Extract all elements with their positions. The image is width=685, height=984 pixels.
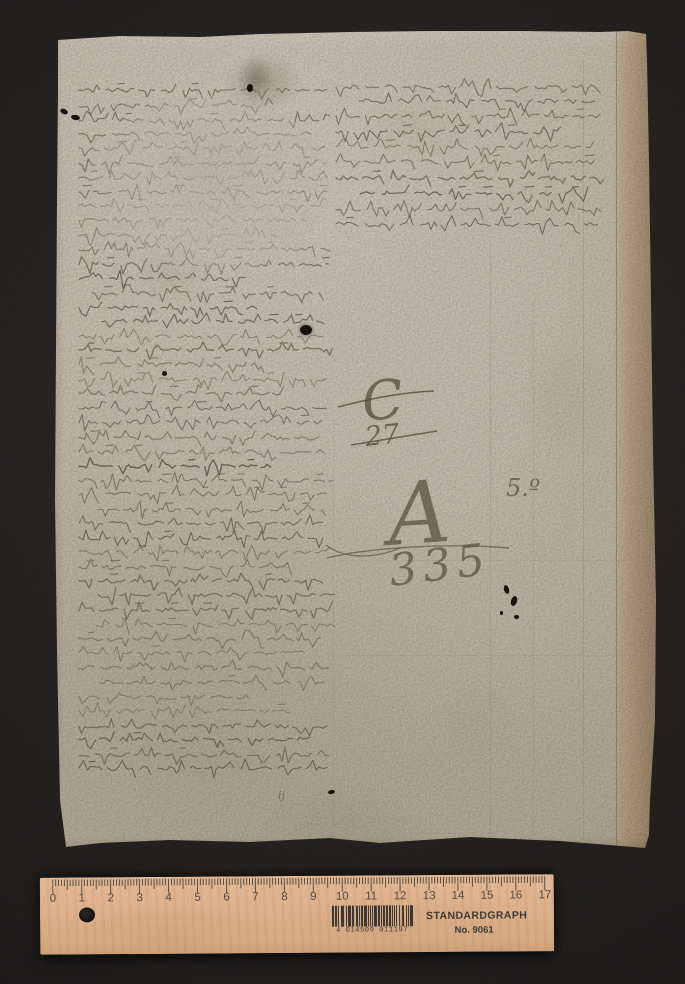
handwriting-line: [79, 660, 329, 677]
handwriting-line: [79, 515, 322, 533]
handwriting-line: [79, 702, 290, 719]
barcode-bar: [389, 905, 391, 926]
handwriting-line: [79, 732, 310, 749]
barcode-bar: [408, 905, 409, 926]
shelfmark-current-suffix: 5.º: [506, 474, 540, 502]
quire-mark: ij: [278, 789, 286, 802]
barcode-bar: [381, 905, 382, 926]
ruler-number: 2: [108, 892, 114, 904]
barcode-bar: [394, 905, 395, 926]
handwriting-line: [360, 185, 588, 203]
barcode-bar: [399, 905, 400, 926]
ruler-brand-label: STANDARDGRAPH: [426, 909, 522, 922]
handwriting-line: [336, 154, 595, 171]
ink-spot: [514, 615, 519, 619]
handwriting-line: [79, 530, 323, 548]
handwriting-line: [79, 646, 304, 662]
handwriting-line: [102, 313, 324, 328]
barcode-bar: [356, 906, 358, 927]
ruler-number: 14: [452, 890, 465, 902]
dark-spot: [247, 84, 253, 92]
ruler-ticks: [53, 876, 545, 893]
photo-background: C 27 A 5.º 335 ij 0: [0, 0, 685, 984]
barcode-bar: [406, 905, 407, 926]
barcode-bar: [383, 905, 385, 926]
water-fade-2: [120, 190, 320, 290]
ink-spot: [500, 611, 503, 615]
handwriting-line: [336, 216, 597, 235]
handwriting-line: [79, 342, 332, 360]
shelfmarks: C 27 A 5.º 335 ij: [278, 367, 540, 802]
ruler-number: 1: [79, 892, 85, 904]
barcode-bar: [332, 906, 334, 927]
barcode-bar: [346, 906, 347, 927]
handwriting-line: [79, 719, 327, 736]
ruler-number: 4: [165, 892, 171, 904]
handwriting-line: [79, 400, 327, 418]
handwriting-line: [336, 78, 600, 96]
handwriting-line: [336, 123, 560, 142]
hole: [300, 325, 312, 335]
barcode-bar: [368, 905, 369, 926]
barcode-bar: [396, 905, 397, 926]
shelfmark-old-number: 27: [362, 418, 401, 453]
barcode-bar: [402, 905, 404, 926]
ruler-number: 5: [194, 892, 200, 904]
handwriting-line: [359, 93, 595, 111]
handwriting-line: [98, 501, 325, 519]
barcode-bar: [335, 906, 337, 927]
handwriting-line: [336, 108, 600, 126]
handwriting-line: [79, 444, 324, 460]
handwriting-line: [79, 430, 319, 446]
handwriting-line: [79, 759, 327, 778]
ruler-number: 3: [136, 892, 142, 904]
handwriting-line: [79, 371, 326, 389]
ruler-number: 16: [509, 889, 522, 901]
handwriting-line: [336, 138, 594, 156]
handwriting-line: [98, 587, 335, 605]
ink-dot: [162, 371, 167, 376]
ruler-number: 8: [281, 891, 287, 903]
barcode-digits: 4 014509 011197: [328, 926, 416, 935]
barcode-bar: [370, 905, 371, 926]
barcode-bar: [352, 906, 354, 927]
barcode-bar: [348, 906, 351, 927]
ruler-number: 0: [50, 893, 56, 905]
handwriting-line: [79, 385, 284, 402]
barcode-bar: [378, 905, 380, 926]
ruler-number: 6: [223, 891, 229, 903]
handwriting-line: [79, 601, 333, 619]
barcode-bar: [359, 906, 360, 927]
ruler-number: 15: [481, 890, 494, 902]
handwriting-line: [96, 618, 335, 635]
ruler-number: 9: [310, 891, 316, 903]
barcode-bar: [338, 906, 339, 927]
handwriting-line: [79, 630, 320, 649]
ruler-number: 17: [538, 889, 551, 901]
barcode-bar: [364, 906, 367, 927]
barcode-bar: [410, 905, 413, 926]
handwriting-line: [79, 747, 329, 764]
handwriting-line: [79, 414, 322, 431]
ruler-number: 10: [336, 891, 349, 903]
barcode-bar: [361, 906, 363, 927]
ruler-model-label: No. 9061: [426, 924, 522, 936]
ruler-number: 12: [394, 890, 407, 902]
barcode: [332, 905, 413, 927]
barcode-bar: [372, 905, 373, 926]
ruler: 01234567891011121314151617 STANDARDGRAPH…: [40, 874, 555, 955]
barcode-bar: [386, 905, 388, 926]
ruler-number: 13: [423, 890, 436, 902]
ruler-hanging-hole: [79, 907, 95, 922]
barcode-bar: [341, 906, 344, 927]
handwriting-line: [79, 357, 264, 375]
handwriting-line: [336, 200, 601, 219]
barcode-bar: [374, 905, 377, 926]
handwriting-line: [79, 301, 257, 318]
handwriting-line: [336, 170, 604, 187]
ruler-number: 7: [252, 891, 258, 903]
barcode-bar: [392, 905, 393, 926]
handwriting-line: [79, 693, 250, 706]
handwriting-line: [79, 545, 330, 562]
ruler-number: 11: [365, 890, 377, 902]
handwriting-line: [100, 675, 324, 691]
